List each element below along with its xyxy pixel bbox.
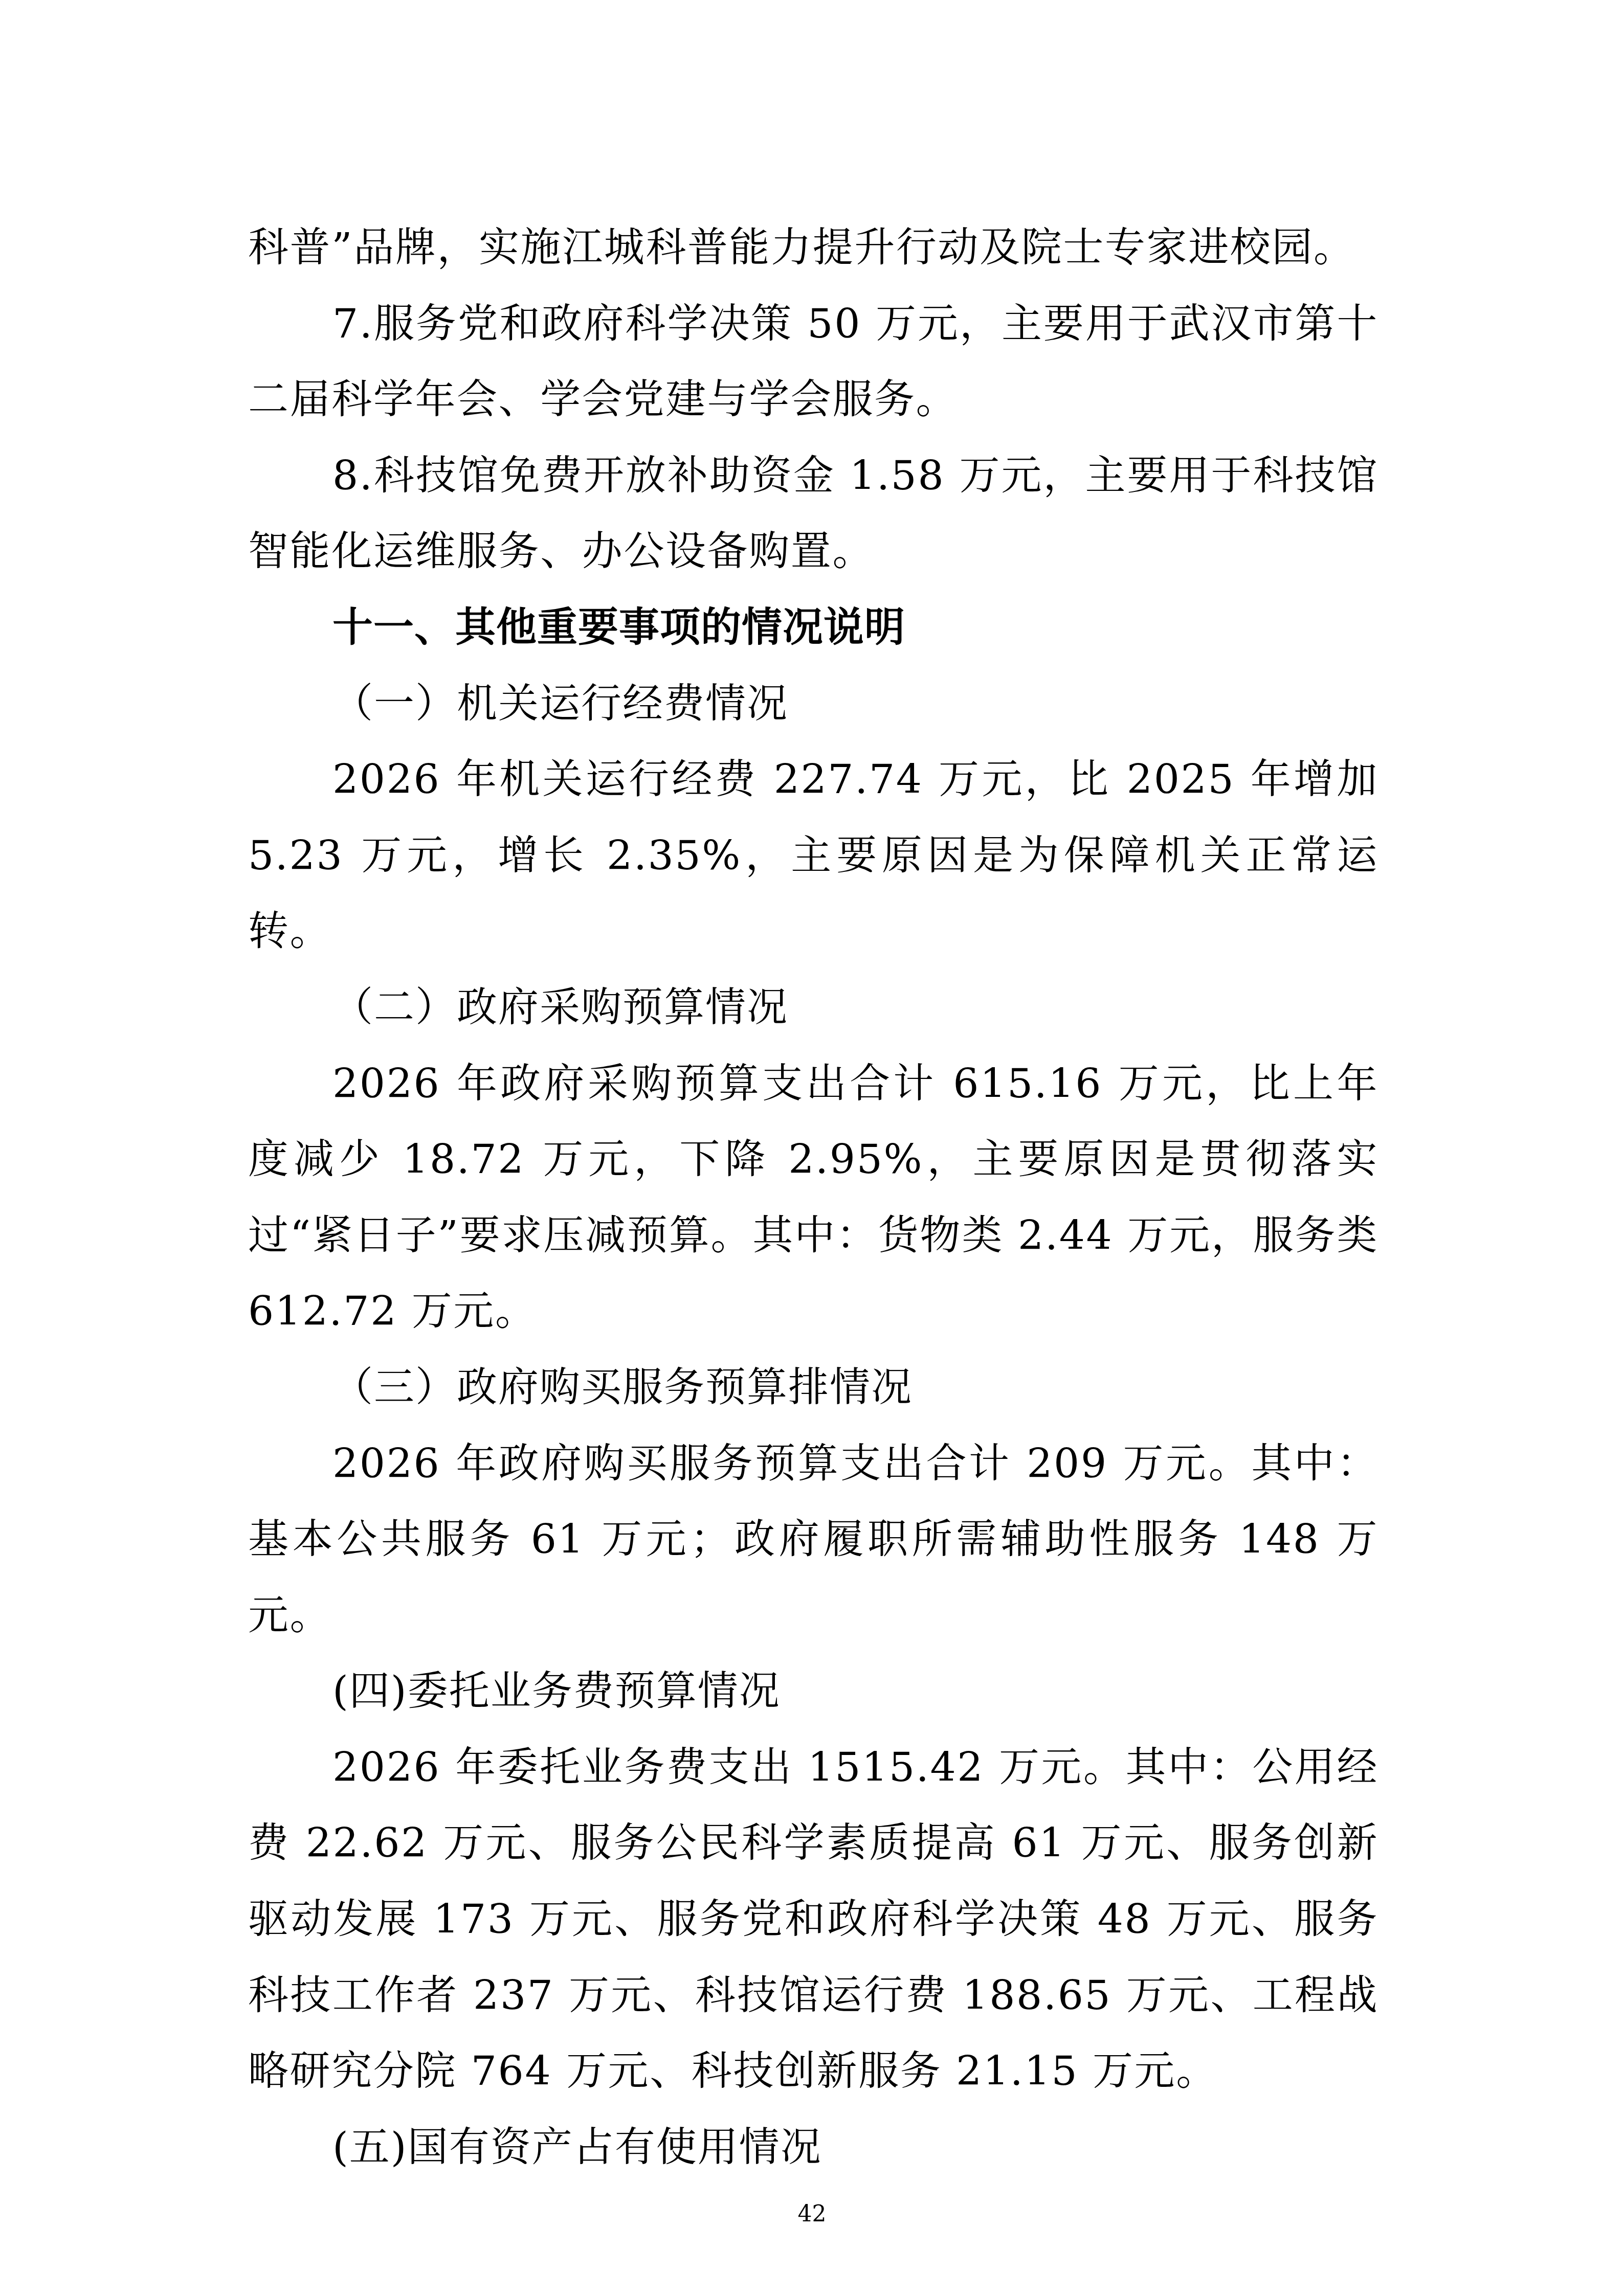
page-number: 42 [0,2201,1624,2227]
paragraph-commissioned-business: 2026 年委托业务费支出 1515.42 万元。其中：公用经费 22.62 万… [248,1729,1378,2109]
subheading-operating-costs: （一）机关运行经费情况 [248,666,1378,742]
document-body: 科普”品牌，实施江城科普能力提升行动及院士专家进校园。 7.服务党和政府科学决策… [248,210,1378,2185]
paragraph-operating-costs: 2026 年机关运行经费 227.74 万元，比 2025 年增加 5.23 万… [248,741,1378,970]
subheading-procurement: （二）政府采购预算情况 [248,970,1378,1046]
subheading-state-assets: (五)国有资产占有使用情况 [248,2109,1378,2186]
document-page: 科普”品牌，实施江城科普能力提升行动及院士专家进校园。 7.服务党和政府科学决策… [0,0,1624,2296]
paragraph-item-8: 8.科技馆免费开放补助资金 1.58 万元，主要用于科技馆智能化运维服务、办公设… [248,438,1378,590]
paragraph-procurement: 2026 年政府采购预算支出合计 615.16 万元，比上年度减少 18.72 … [248,1046,1378,1349]
paragraph-item-7: 7.服务党和政府科学决策 50 万元，主要用于武汉市第十二届科学年会、学会党建与… [248,286,1378,438]
subheading-commissioned-business: (四)委托业务费预算情况 [248,1653,1378,1729]
section-heading: 十一、其他重要事项的情况说明 [248,590,1378,666]
paragraph-continuation: 科普”品牌，实施江城科普能力提升行动及院士专家进校园。 [248,210,1378,286]
paragraph-purchased-services: 2026 年政府购买服务预算支出合计 209 万元。其中：基本公共服务 61 万… [248,1426,1378,1654]
subheading-purchased-services: （三）政府购买服务预算排情况 [248,1349,1378,1426]
